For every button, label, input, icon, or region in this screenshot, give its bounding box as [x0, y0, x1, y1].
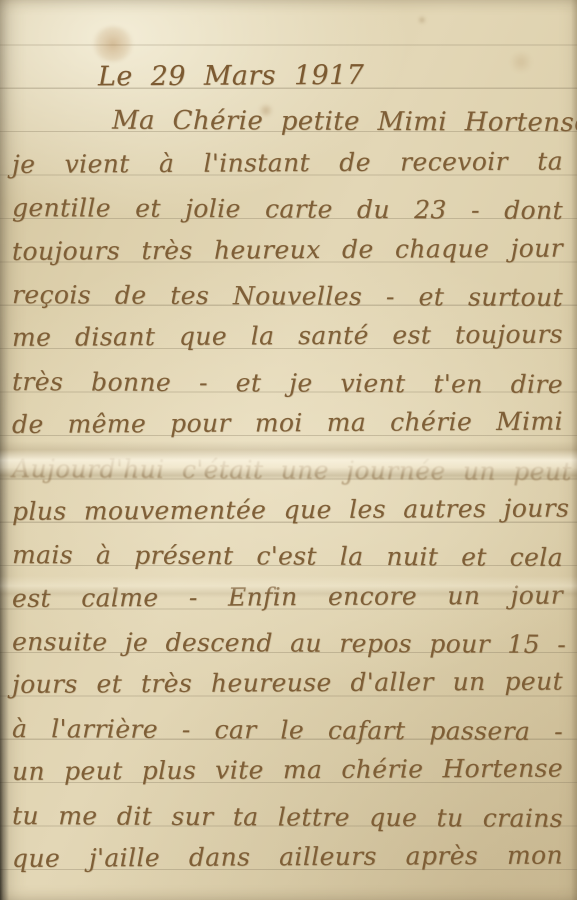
letter-line: est calme - Enfin encore un jour	[0, 573, 577, 620]
letter-page: Le 29 Mars 1917 Ma Chérie petite Mimi Ho…	[0, 0, 577, 900]
letter-line-faded-at-fold: Aujourd'hui c'était une journée un peut	[0, 447, 577, 493]
letter-line: que j'aille dans ailleurs après mon	[0, 834, 577, 881]
date-line: Le 29 Mars 1917	[0, 52, 577, 99]
salutation-line: Ma Chérie petite Mimi Hortense	[0, 99, 577, 145]
letter-line: plus mouvementée que les autres jours	[0, 486, 577, 533]
letter-line: je vient à l'instant de recevoir ta	[0, 139, 577, 186]
letter-line: gentille et jolie carte du 23 - dont	[0, 186, 577, 232]
handwritten-text: Le 29 Mars 1917 Ma Chérie petite Mimi Ho…	[0, 56, 577, 880]
letter-line: me disant que la santé est toujours	[0, 313, 577, 360]
letter-line: mais à présent c'est la nuit et cela	[0, 533, 577, 579]
letter-line: toujours très heureux de chaque jour	[0, 226, 577, 273]
letter-line: jours et très heureuse d'aller un peut	[0, 660, 577, 707]
letter-line: un peut plus vite ma chérie Hortense	[0, 747, 577, 794]
letter-line: de même pour moi ma chérie Mimi	[0, 400, 577, 447]
